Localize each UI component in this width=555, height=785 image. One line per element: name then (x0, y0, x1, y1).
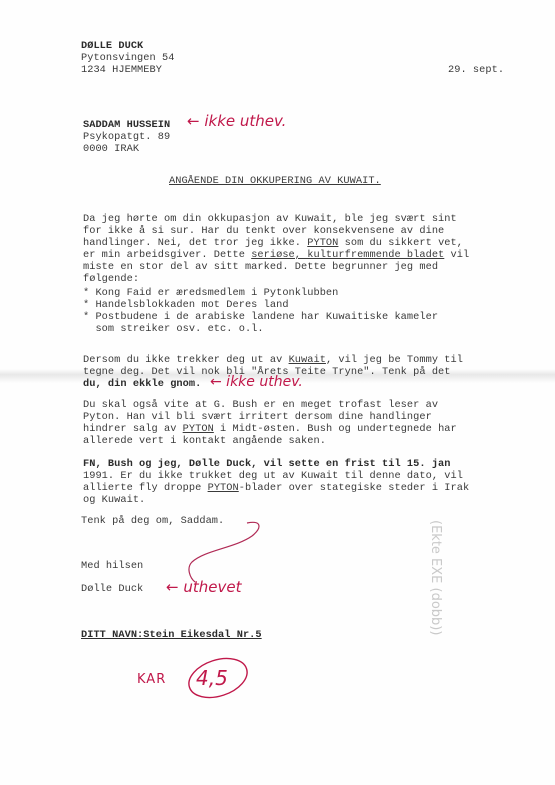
letter-page: DØLLE DUCK Pytonsvingen 54 1234 HJEMMEBY… (0, 0, 555, 785)
curved-arrow-icon (189, 522, 259, 582)
grade-circle-icon (184, 652, 252, 705)
ink-strokes (0, 0, 555, 785)
